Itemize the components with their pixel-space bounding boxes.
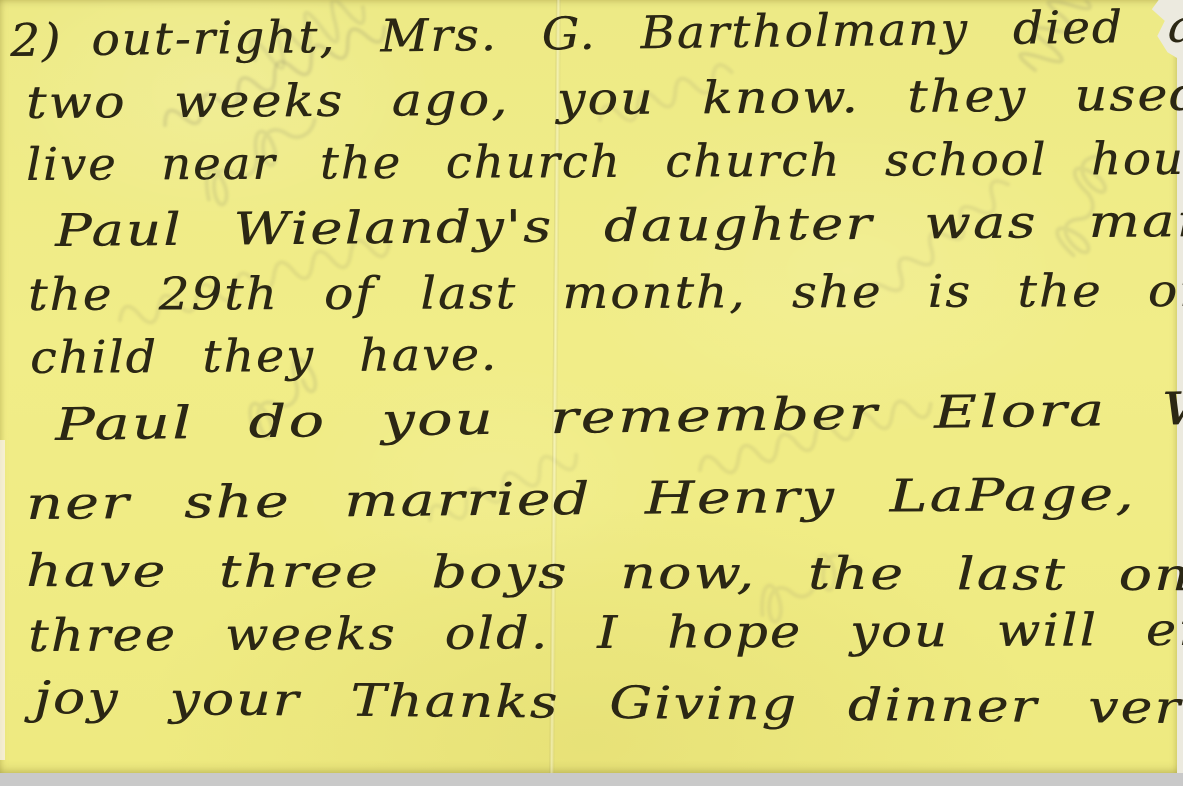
handwriting-text: out-right, Mrs. G. Bartholmany died abou…	[91, 0, 1183, 66]
handwriting-line: three weeks old. I hope you will en-	[28, 603, 1183, 662]
handwriting-line: ner she married Henry LaPage, they	[26, 466, 1183, 530]
scanned-letter: 2)out-right, Mrs. G. Bartholmany died ab…	[0, 0, 1183, 786]
handwriting-line: two weeks ago, you know. they used to	[26, 67, 1183, 129]
handwriting-line: Paul do you remember Elora Wag-	[55, 380, 1183, 451]
handwriting-line: joy your Thanks Giving dinner verry	[34, 671, 1183, 735]
handwriting-line: the 29th of last month, she is the only	[28, 264, 1183, 321]
paper-left-edge	[0, 440, 5, 760]
handwriting-line: have three boys now, the last one	[26, 544, 1183, 601]
handwriting-line: 2)out-right, Mrs. G. Bartholmany died ab…	[10, 0, 1183, 67]
letter-page: 2)out-right, Mrs. G. Bartholmany died ab…	[0, 0, 1177, 773]
handwriting-line: live near the church church school house…	[26, 132, 1183, 191]
handwriting-line: Paul Wielandy's daughter was married	[55, 193, 1183, 257]
handwriting-line: child they have.	[30, 328, 498, 384]
page-number: 2)	[10, 13, 63, 67]
scanner-background-bottom	[0, 773, 1183, 786]
